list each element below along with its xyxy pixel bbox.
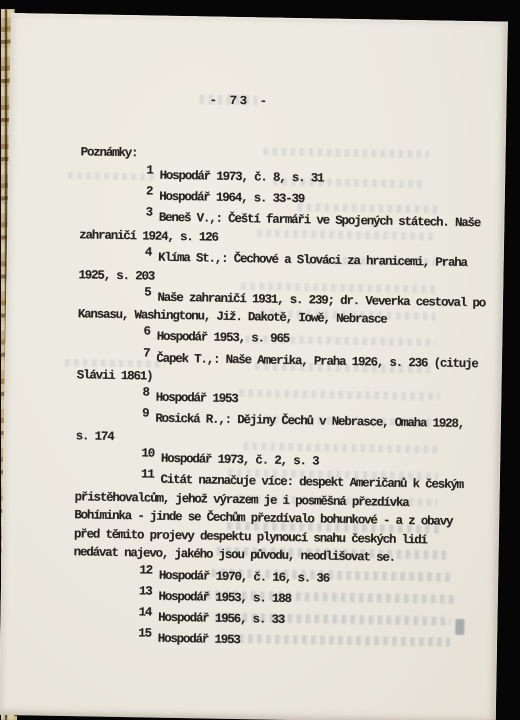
footnote-text: Hospodář 1956, s. 33	[158, 610, 284, 626]
paper-page: - 73 - Poznámky: 1Hospodář 1973, č. 8, s…	[0, 13, 508, 720]
page-number: - 73 -	[209, 91, 495, 115]
footnote-text: Hospodář 1970, č. 16, s. 36	[159, 568, 329, 585]
scan-background: - 73 - Poznámky: 1Hospodář 1973, č. 8, s…	[0, 0, 520, 720]
footnote-number: 9	[109, 404, 149, 423]
footnote-number: 15	[105, 624, 151, 643]
footnote-number: 4	[112, 243, 152, 262]
footnote-number: 11	[108, 465, 154, 484]
footnote-number: 8	[109, 383, 149, 402]
footnote-number: 3	[112, 203, 152, 222]
footnote-number: 7	[110, 343, 150, 362]
footnote-number: 13	[106, 581, 152, 600]
footnote-number: 10	[108, 444, 154, 463]
footnote-text: Hospodář 1953, s. 965	[157, 330, 290, 346]
footnote-number: 5	[111, 283, 151, 302]
footnote-number: 14	[105, 602, 151, 621]
footnote: 11Citát naznačuje více: despekt Američan…	[73, 469, 489, 569]
footnote-text: Hospodář 1964, s. 33-39	[159, 190, 304, 207]
footnote-text: Hospodář 1953	[155, 391, 237, 406]
footnote-number: 1	[113, 161, 153, 180]
footnote: 15Hospodář 1953	[72, 628, 486, 654]
footnote-number: 6	[110, 322, 150, 341]
footnote-number: 12	[106, 560, 152, 579]
footnote-text: Hospodář 1973, č. 8, s. 31	[159, 169, 323, 186]
page-content: - 73 - Poznámky: 1Hospodář 1973, č. 8, s…	[72, 89, 496, 656]
footnote-text: Hospodář 1953, s. 188	[158, 589, 291, 605]
footnote-text: Hospodář 1953	[158, 632, 240, 647]
footnote-number: 2	[113, 182, 153, 201]
footnote-text: Citát naznačuje více: despekt Američanů …	[73, 473, 463, 565]
footnote-text: Hospodář 1973, č. 2, s. 3	[161, 452, 319, 469]
